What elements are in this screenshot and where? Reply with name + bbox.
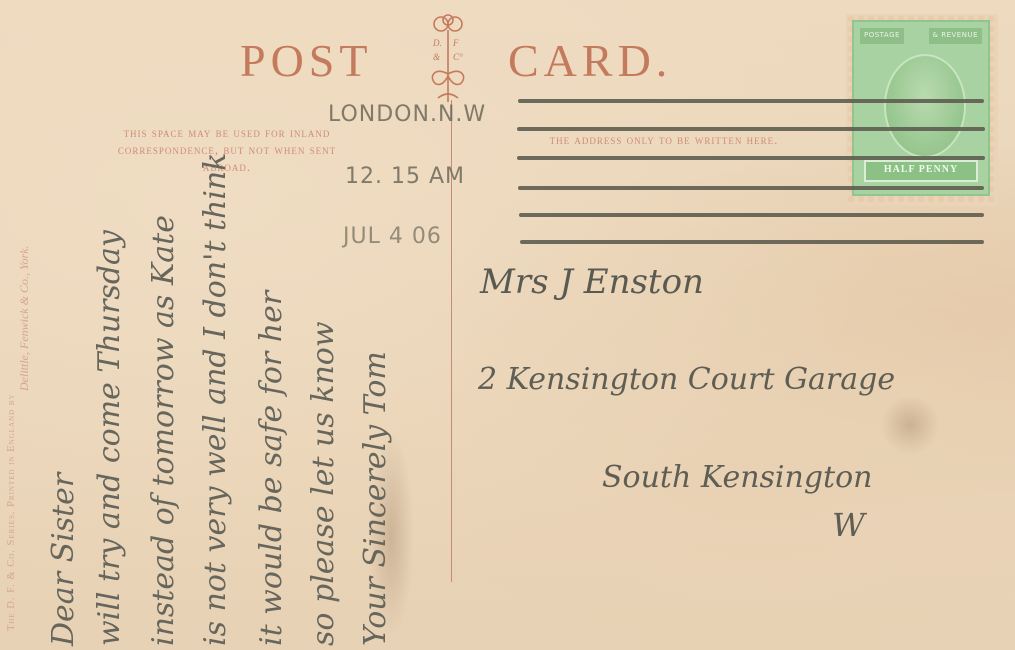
address-line-2: South Kensington [602, 460, 872, 495]
handwritten-message: Dear Sister will try and come Thursday i… [36, 6, 436, 646]
address-line-1: 2 Kensington Court Garage [478, 362, 895, 397]
cancellation-bar [519, 213, 984, 217]
cancellation-bar [518, 186, 984, 190]
cancellation-bar [517, 156, 985, 160]
postcard-back: The D. F. & Co. Series. Printed in Engla… [0, 0, 1015, 650]
message-line: so please let us know [306, 321, 341, 646]
title-card: CARD. [508, 38, 672, 84]
stamp-postage-label: POSTAGE [860, 28, 904, 44]
message-line: Your Sincerely Tom [358, 351, 393, 646]
message-line: it would be safe for her [254, 291, 289, 646]
stain [880, 395, 940, 455]
instruction-address: The address only to be written here. [514, 131, 814, 148]
cancellation-bar [518, 99, 984, 103]
stamp-design: POSTAGE & REVENUE HALF PENNY [852, 20, 990, 196]
svg-text:F: F [452, 38, 459, 48]
message-line: will try and come Thursday [92, 230, 127, 646]
stamp-value-label: HALF PENNY [864, 160, 978, 182]
kings-head-stamp-icon [884, 54, 966, 158]
svg-text:C°: C° [453, 52, 463, 62]
cancellation-bar [520, 240, 984, 244]
recipient-name: Mrs J Enston [480, 262, 704, 302]
message-line: Dear Sister [46, 473, 81, 646]
cancellation-bar [517, 127, 985, 131]
publisher-imprint: The D. F. & Co. Series. Printed in Engla… [5, 31, 31, 631]
message-line: instead of tomorrow as Kate [146, 215, 181, 646]
message-line: is not very well and I don't think [198, 153, 233, 646]
address-line-3: W [832, 506, 865, 544]
publisher-name-text: Delittle, Fenwick & Co., York. [18, 31, 31, 631]
postage-stamp: POSTAGE & REVENUE HALF PENNY [846, 14, 998, 206]
stamp-revenue-label: & REVENUE [929, 28, 982, 44]
